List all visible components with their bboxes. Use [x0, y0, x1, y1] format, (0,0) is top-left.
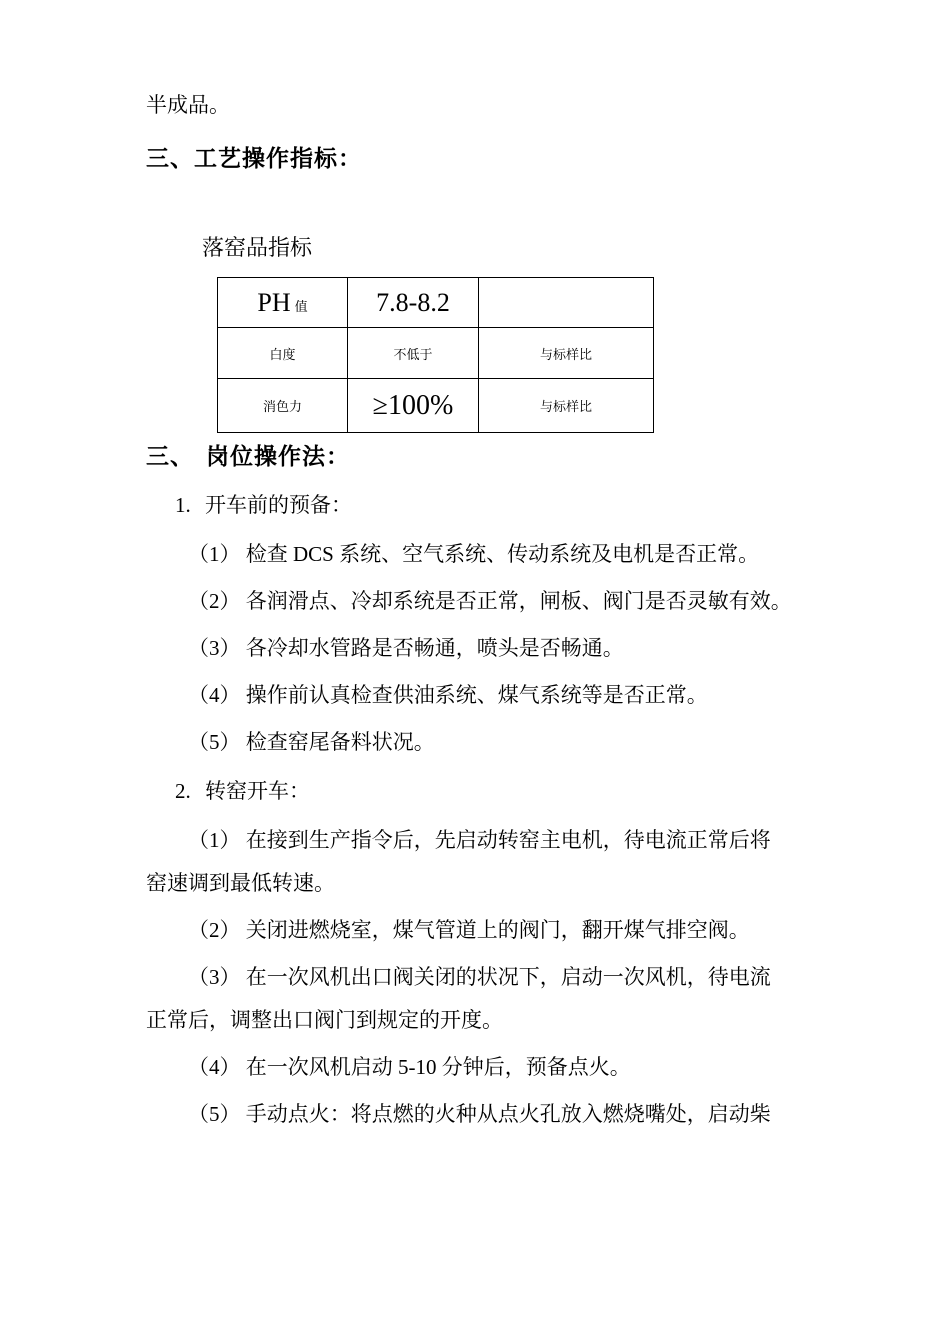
cell-tinting-note: 与标样比: [479, 379, 654, 433]
procedure-step: （4） 在一次风机启动 5-10 分钟后，预备点火。: [146, 1046, 822, 1089]
table-row-tinting-strength: 消色力 ≥100% 与标样比: [218, 379, 654, 433]
section-title: 岗位操作法：: [206, 443, 350, 469]
list-item-title: 1.开车前的预备：: [146, 484, 822, 527]
document-page: 半成品。 三、工艺操作指标： 落窑品指标 PH 值 7.8-8.2 白度 不低于…: [0, 0, 950, 1344]
cell-whiteness-name: 白度: [218, 328, 348, 379]
cell-ph-name: PH 值: [218, 278, 348, 328]
cell-ph-note: [479, 278, 654, 328]
cell-ph-value: 7.8-8.2: [348, 278, 479, 328]
list-item-text: 开车前的预备：: [205, 493, 352, 517]
procedure-step: （5） 检查窑尾备料状况。: [146, 721, 822, 764]
list-item-text: 转窑开车：: [205, 779, 310, 803]
ph-label: PH: [257, 288, 290, 317]
section-numeral: 三、: [146, 443, 194, 469]
procedure-step: （2） 各润滑点、冷却系统是否正常，闸板、阀门是否灵敏有效。: [146, 580, 822, 623]
procedure-step: （1） 在接到生产指令后，先启动转窑主电机，待电流正常后将 窑速调到最低转速。: [146, 819, 822, 905]
cell-whiteness-value: 不低于: [348, 328, 479, 379]
procedure-kiln-startup: 2.转窑开车： （1） 在接到生产指令后，先启动转窑主电机，待电流正常后将 窑速…: [146, 770, 822, 1136]
cell-tinting-value: ≥100%: [348, 379, 479, 433]
procedure-step: （3） 各冷却水管路是否畅通，喷头是否畅通。: [146, 627, 822, 670]
list-item-number: 2.: [175, 770, 205, 813]
section-heading-process-indicators: 三、工艺操作指标：: [146, 137, 822, 180]
intro-text: 半成品。: [146, 84, 822, 127]
list-item-number: 1.: [175, 484, 205, 527]
ph-sub-label: 值: [295, 299, 308, 314]
procedure-step: （1） 检查 DCS 系统、空气系统、传动系统及电机是否正常。: [146, 533, 822, 576]
procedure-step: （4） 操作前认真检查供油系统、煤气系统等是否正常。: [146, 674, 822, 717]
spec-table: PH 值 7.8-8.2 白度 不低于 与标样比 消色力 ≥100% 与标样比: [217, 277, 654, 433]
section-heading-operating-method: 三、岗位操作法：: [146, 435, 822, 478]
table-caption: 落窑品指标: [146, 226, 822, 269]
procedure-step: （2） 关闭进燃烧室，煤气管道上的阀门，翻开煤气排空阀。: [146, 909, 822, 952]
list-item-title: 2.转窑开车：: [146, 770, 822, 813]
cell-whiteness-note: 与标样比: [479, 328, 654, 379]
procedure-startup-preparation: 1.开车前的预备： （1） 检查 DCS 系统、空气系统、传动系统及电机是否正常…: [146, 484, 822, 764]
procedure-step: （5） 手动点火：将点燃的火种从点火孔放入燃烧嘴处，启动柴: [146, 1093, 822, 1136]
procedure-step: （3） 在一次风机出口阀关闭的状况下，启动一次风机，待电流 正常后，调整出口阀门…: [146, 956, 822, 1042]
cell-tinting-name: 消色力: [218, 379, 348, 433]
table-row-whiteness: 白度 不低于 与标样比: [218, 328, 654, 379]
table-row-ph: PH 值 7.8-8.2: [218, 278, 654, 328]
